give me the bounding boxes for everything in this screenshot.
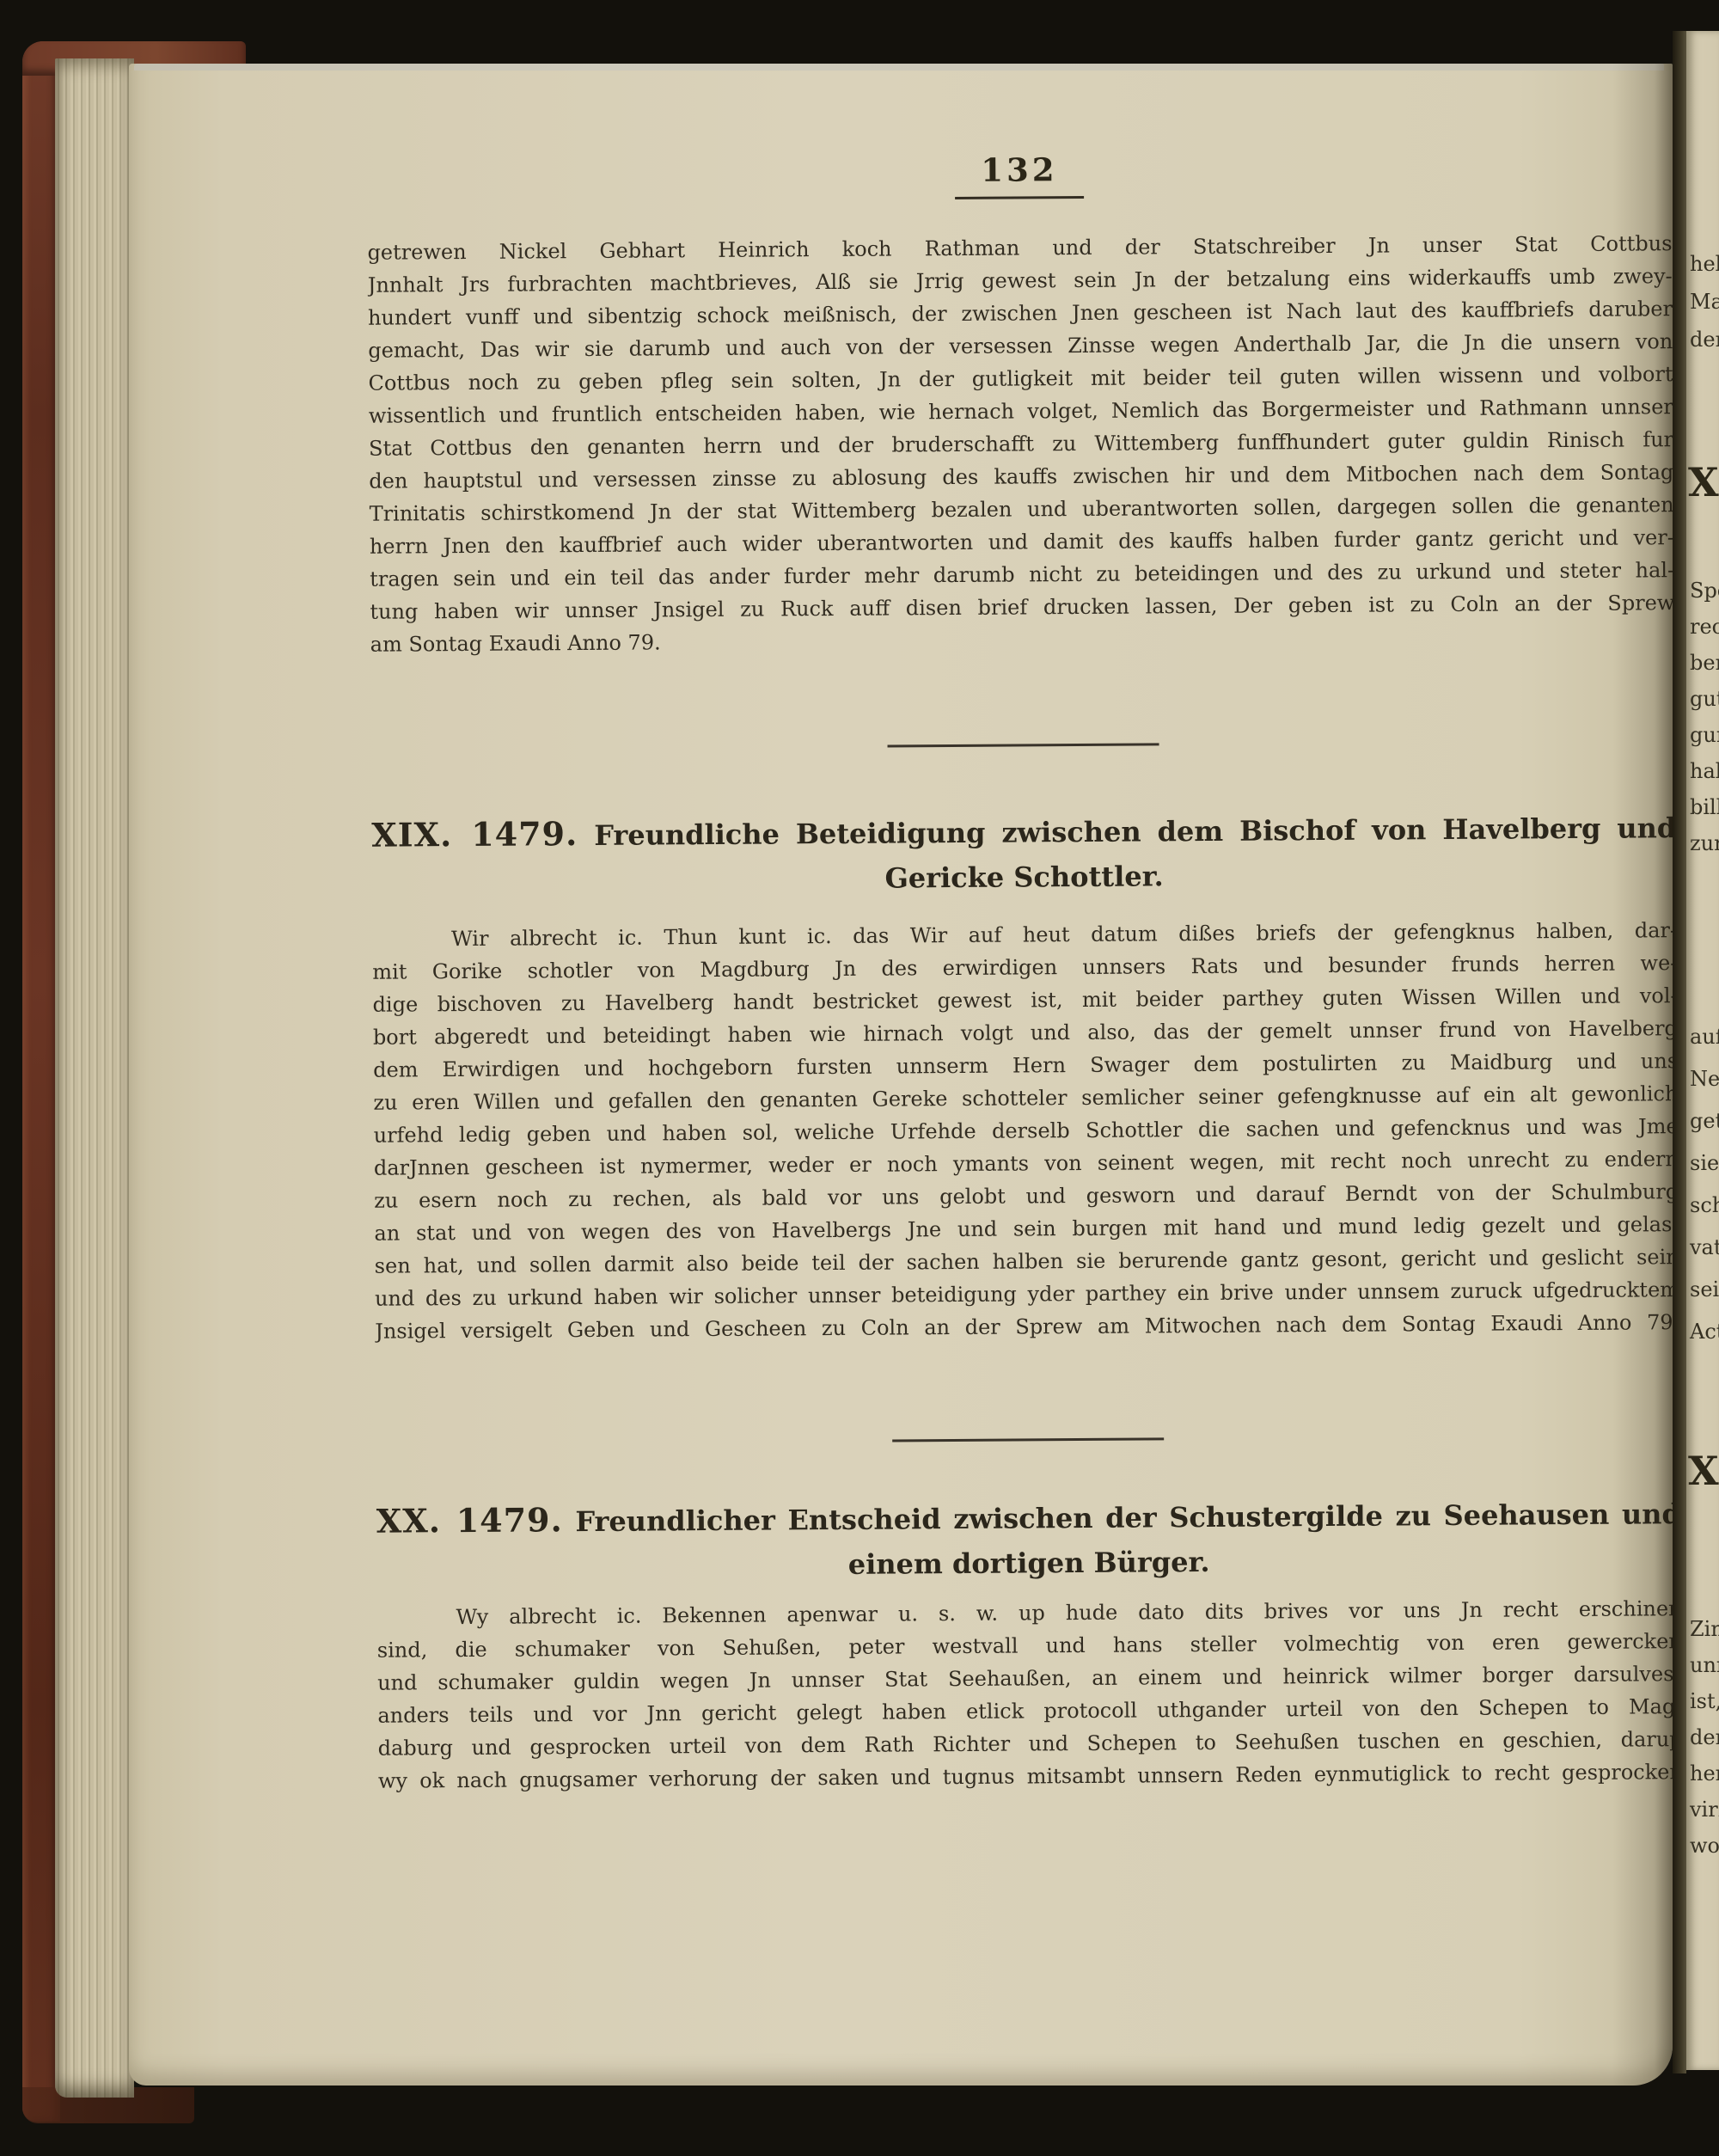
entry-xix-body: Wir albrecht ic. Thun kunt ic. das Wir a…	[372, 914, 1679, 1348]
adjacent-page-sliver: hebbeMagder f XX Sporechtberggut,gunghal…	[1686, 31, 1719, 2070]
text-line: unns	[1690, 1647, 1719, 1683]
text-line: Zins	[1690, 1611, 1719, 1647]
entry-xix-title: Freundliche Beteidigung zwischen dem Bis…	[594, 812, 1676, 852]
text-line: Act	[1690, 1311, 1719, 1353]
entry-xx-body: Wy albrecht ic. Bekennen apenwar u. s. w…	[376, 1592, 1683, 1798]
entry-xx-number: XX. 1479.	[376, 1500, 563, 1540]
page-content: 132 getrewen Nickel Gebhart Heinrich koc…	[366, 58, 1685, 2090]
text-line: auf	[1690, 1016, 1719, 1058]
text-line: der f	[1690, 321, 1719, 358]
entry-xx-heading-line2: einem dortigen Bürger.	[376, 1535, 1681, 1591]
entry-xix-heading-line2: Gericke Schottler.	[371, 849, 1676, 905]
text-line: ist,	[1690, 1683, 1719, 1719]
entry-xx-heading: XX. 1479. Freundlicher Entscheid zwische…	[376, 1489, 1682, 1591]
page-number: 132	[367, 146, 1672, 193]
sliver-fragments-top: hebbeMagder f	[1690, 245, 1719, 358]
section-divider	[892, 1437, 1164, 1442]
sliver-fragments-low: aufNetgetzosie lschafvateseinAct	[1690, 1016, 1719, 1353]
sliver-heading-fragment: XX	[1688, 1448, 1719, 1494]
text-line: gung	[1690, 717, 1719, 753]
sliver-fragments-bottom: Zinsunnsist,demherrvirzwoc	[1690, 1611, 1719, 1864]
gutter-shadow	[1673, 31, 1686, 2073]
page-number-text: 132	[955, 150, 1084, 199]
fore-edge-page-stack	[55, 58, 134, 2098]
text-line: getzo	[1690, 1100, 1719, 1142]
text-line: billic	[1690, 789, 1719, 825]
text-line: zuruc	[1690, 825, 1719, 861]
entry-xix-heading: XIX. 1479. Freundliche Beteidigung zwisc…	[371, 803, 1677, 905]
text-line: sie l	[1690, 1142, 1719, 1185]
book-scan: 132 getrewen Nickel Gebhart Heinrich koc…	[0, 0, 1719, 2156]
scanned-page: 132 getrewen Nickel Gebhart Heinrich koc…	[129, 64, 1673, 2086]
entry-xx-heading-line1: XX. 1479. Freundlicher Entscheid zwische…	[376, 1489, 1681, 1545]
text-line: Spo	[1690, 573, 1719, 609]
text-line: halte	[1690, 753, 1719, 789]
sliver-fragments-mid: Sporechtberggut,gunghaltebilliczuruc	[1690, 573, 1719, 861]
text-line: Mag	[1690, 283, 1719, 321]
text-line: berg	[1690, 645, 1719, 681]
text-line: woc	[1690, 1828, 1719, 1864]
text-line: Net	[1690, 1058, 1719, 1100]
entry-xix-heading-line1: XIX. 1479. Freundliche Beteidigung zwisc…	[371, 803, 1676, 859]
text-line: dem	[1690, 1719, 1719, 1755]
text-line: herr	[1690, 1755, 1719, 1792]
section-divider	[888, 743, 1159, 747]
entry-xx-title: Freundlicher Entscheid zwischen der Schu…	[575, 1498, 1681, 1538]
sliver-heading-fragment: XX	[1688, 459, 1719, 505]
entry-xix-number: XIX. 1479.	[371, 814, 578, 854]
text-line: gut,	[1690, 681, 1719, 717]
text-line: virz	[1690, 1792, 1719, 1828]
paragraph-continuation: getrewen Nickel Gebhart Heinrich koch Ra…	[367, 227, 1674, 661]
text-line: sein	[1690, 1269, 1719, 1311]
text-line: hebbe	[1690, 245, 1719, 283]
text-line: recht	[1690, 609, 1719, 645]
text-line: schaf	[1690, 1185, 1719, 1227]
text-line: vate	[1690, 1227, 1719, 1269]
